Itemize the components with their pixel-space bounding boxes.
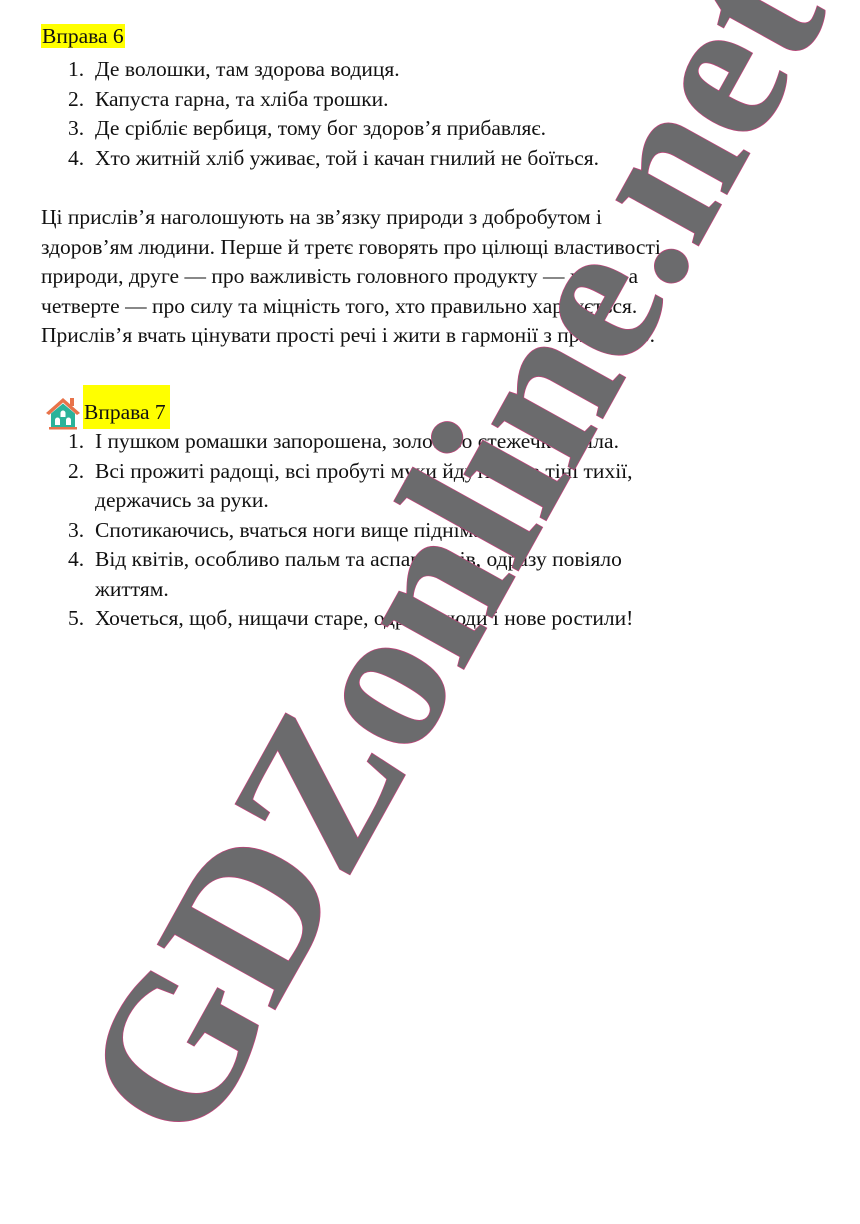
- list-item-number: 1.: [68, 55, 84, 85]
- list-item: 3.Де сріблiє вербиця, тому бог здоров’я …: [68, 114, 828, 144]
- list-item: 4.Від квітів, особливо пальм та аспарагу…: [68, 545, 788, 604]
- list-item-text: Від квітів, особливо пальм та аспарагусі…: [95, 547, 622, 571]
- list-item-text: Де волошки, там здорова водиця.: [95, 57, 400, 81]
- list-item: 5.Хочеться, щоб, нищачи старе, одразу лю…: [68, 604, 788, 634]
- paragraph-line: природи, друге — про важливість головног…: [41, 262, 816, 292]
- exercise-7-list: 1.І пушком ромашки запорошена, золотаво …: [68, 427, 788, 634]
- list-item-text: Хто житній хліб уживає, той і качан гнил…: [95, 146, 599, 170]
- list-item: 2.Капуста гарна, та хліба трошки.: [68, 85, 828, 115]
- list-item: 2.Всі прожиті радощі, всі пробуті муки й…: [68, 457, 788, 516]
- list-item-number: 3.: [68, 114, 84, 144]
- list-item-number: 1.: [68, 427, 84, 457]
- exercise-6-heading-text: Вправа 6: [41, 24, 125, 48]
- list-item-number: 2.: [68, 457, 84, 487]
- document-page: Вправа 6 1.Де волошки, там здорова водиц…: [0, 0, 860, 1224]
- list-item-text: Капуста гарна, та хліба трошки.: [95, 87, 389, 111]
- list-item-text: Де сріблiє вербиця, тому бог здоров’я пр…: [95, 116, 546, 140]
- list-item-text-continued: життям.: [95, 577, 169, 601]
- list-item-number: 4.: [68, 545, 84, 575]
- list-item: 1.І пушком ромашки запорошена, золотаво …: [68, 427, 788, 457]
- exercise-6-list: 1.Де волошки, там здорова водиця. 2.Капу…: [68, 55, 828, 173]
- paragraph-line: четверте — про силу та міцність того, хт…: [41, 292, 816, 322]
- exercise-6-heading: Вправа 6: [41, 23, 125, 49]
- exercise-6-explanation: Ці прислів’я наголошують на зв’язку прир…: [41, 203, 816, 351]
- list-item: 4.Хто житній хліб уживає, той і качан гн…: [68, 144, 828, 174]
- list-item-number: 5.: [68, 604, 84, 634]
- house-icon: [44, 394, 82, 430]
- list-item-number: 4.: [68, 144, 84, 174]
- paragraph-line: здоров’ям людини. Перше й третє говорять…: [41, 233, 816, 263]
- list-item-number: 3.: [68, 516, 84, 546]
- list-item-text-continued: держачись за руки.: [95, 488, 269, 512]
- list-item: 1.Де волошки, там здорова водиця.: [68, 55, 828, 85]
- paragraph-line: Прислів’я вчать цінувати прості речі і ж…: [41, 321, 816, 351]
- exercise-7-heading: Вправа 7: [44, 385, 170, 429]
- exercise-7-heading-text: Вправа 7: [83, 385, 170, 429]
- paragraph-line: Ці прислів’я наголошують на зв’язку прир…: [41, 203, 816, 233]
- list-item-number: 2.: [68, 85, 84, 115]
- list-item-text: Всі прожиті радощі, всі пробуті муки йду…: [95, 459, 633, 483]
- list-item-text: І пушком ромашки запорошена, золотаво ст…: [95, 429, 619, 453]
- list-item: 3.Спотикаючись, вчаться ноги вище піднім…: [68, 516, 788, 546]
- list-item-text: Хочеться, щоб, нищачи старе, одразу люди…: [95, 606, 633, 630]
- list-item-text: Спотикаючись, вчаться ноги вище піднімат…: [95, 518, 508, 542]
